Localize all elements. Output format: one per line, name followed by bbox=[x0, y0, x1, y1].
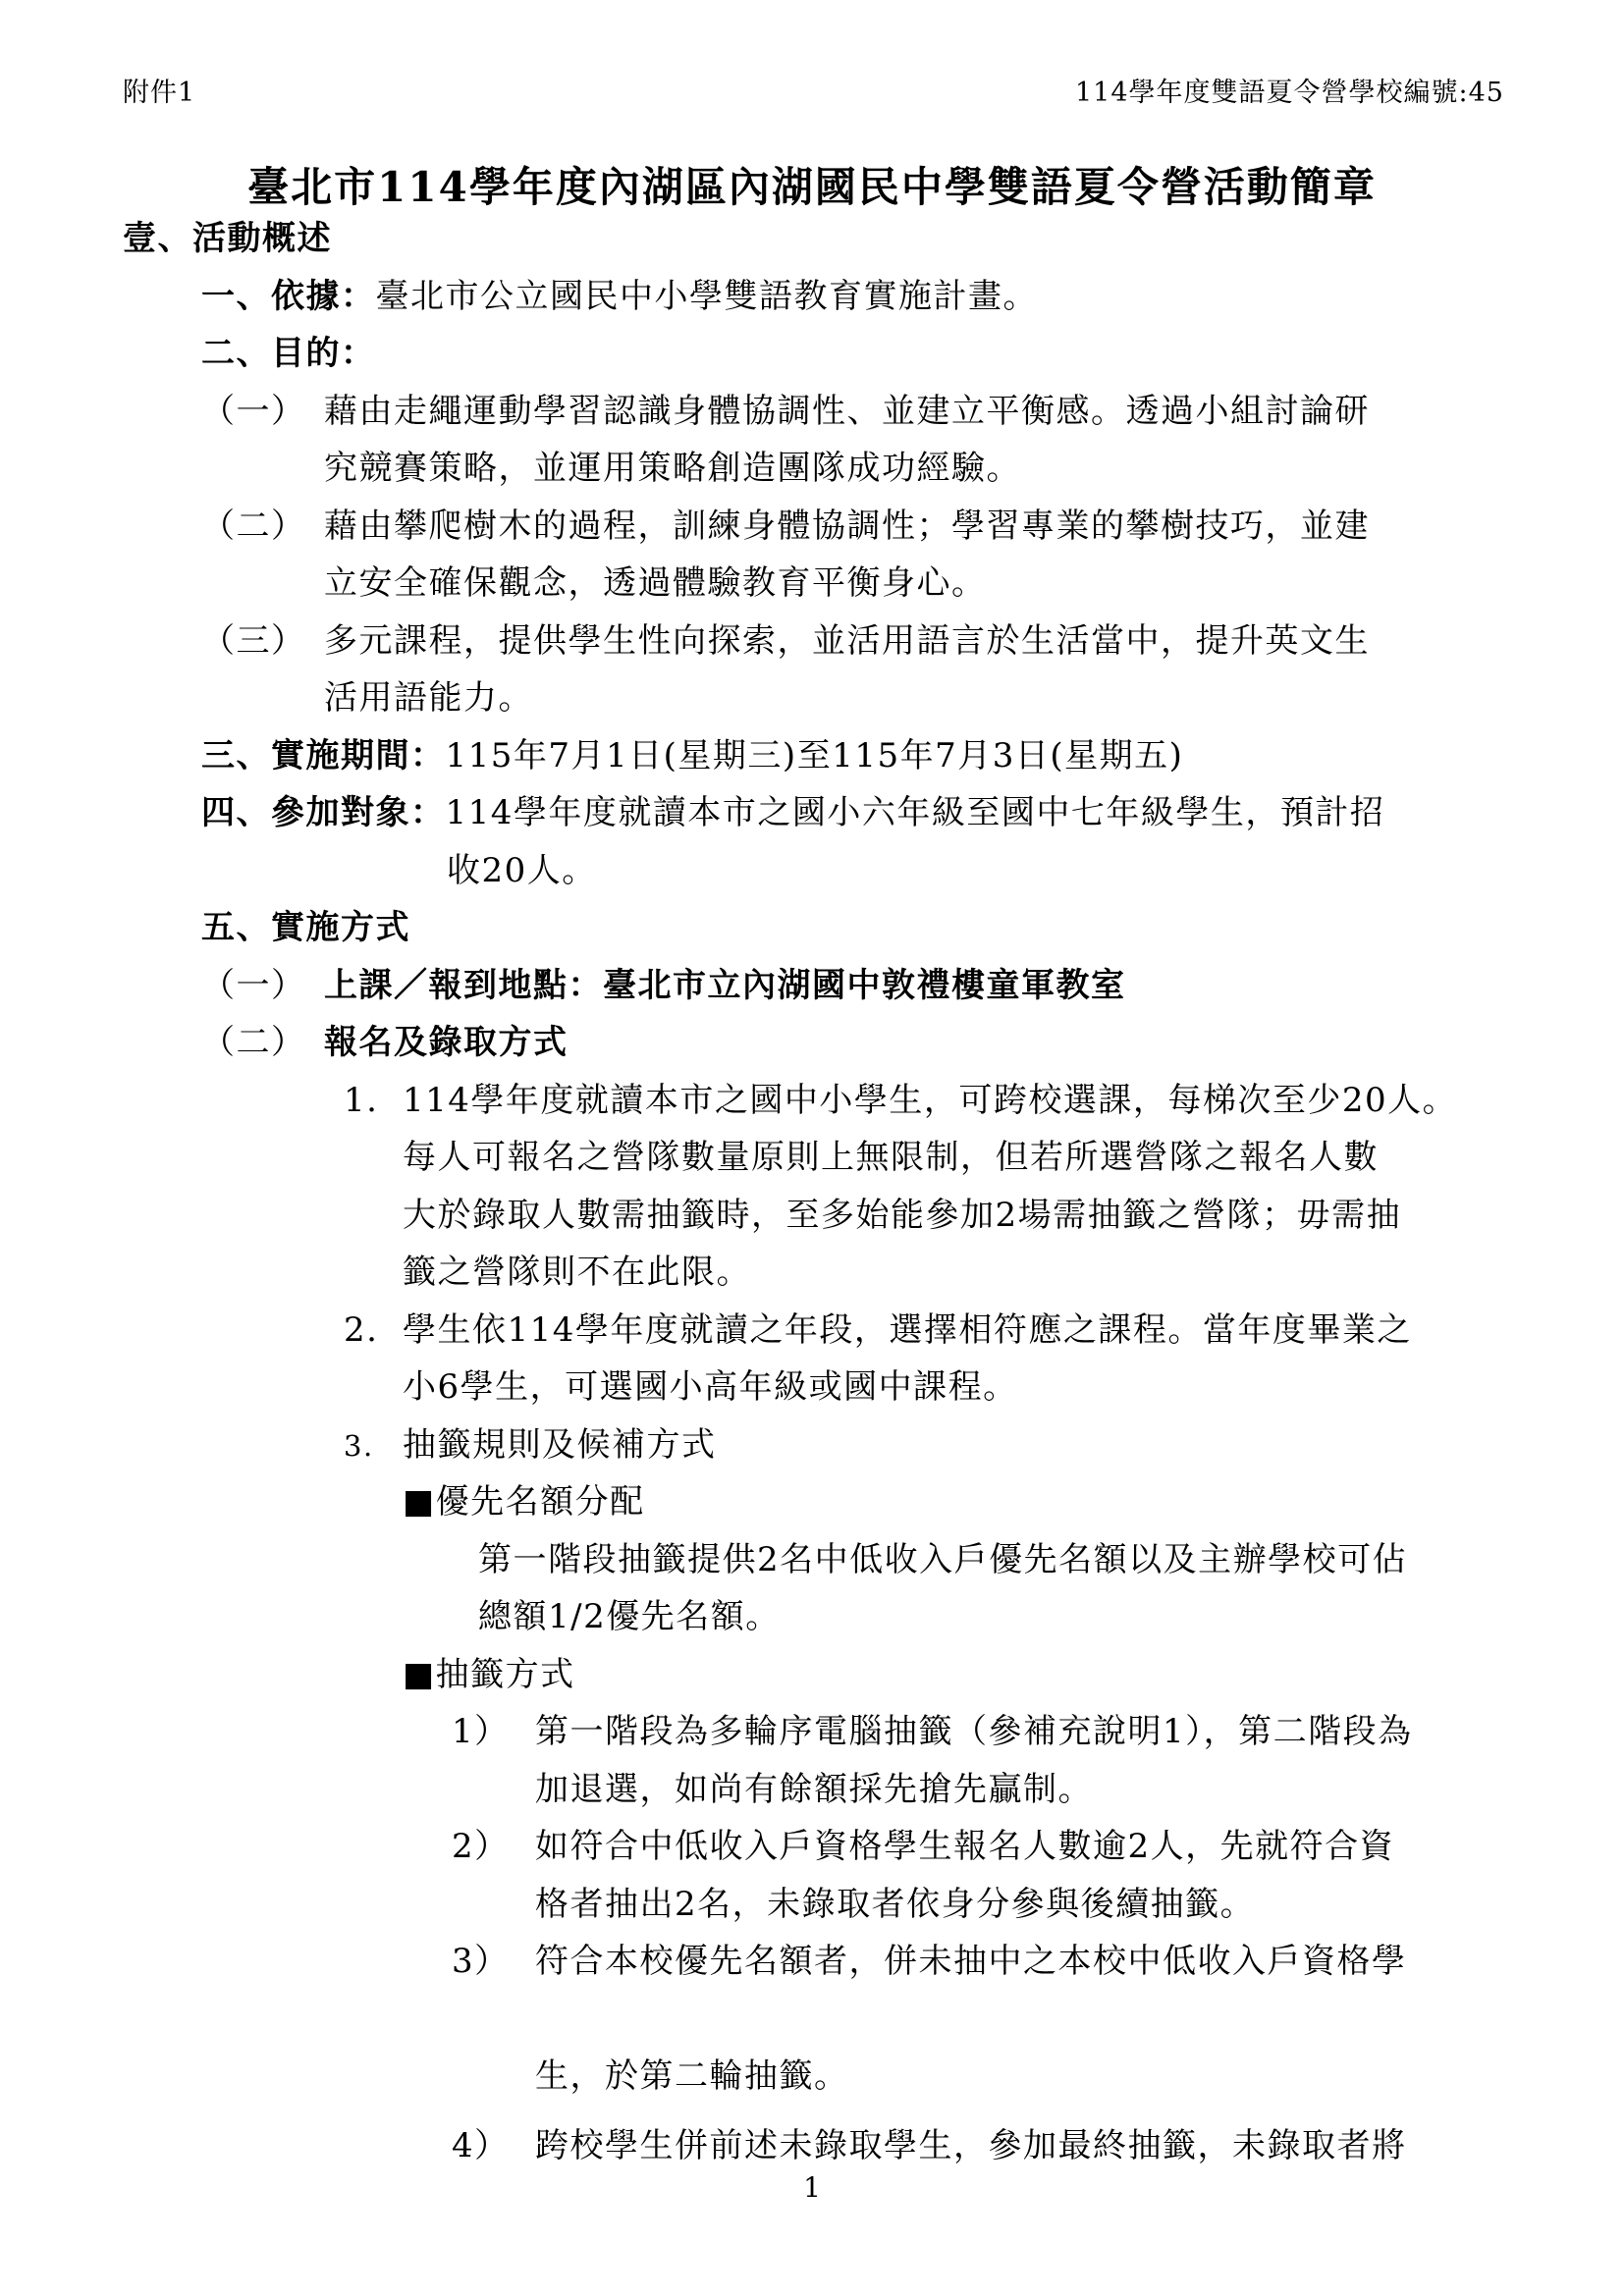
purpose-item-2-line-1: （二）藉由攀爬樹木的過程，訓練身體協調性；學習專業的攀樹技巧，並建 bbox=[201, 498, 1575, 556]
lottery-item-4-text: 跨校學生併前述未錄取學生，參加最終抽籤，未錄取者將 bbox=[535, 2126, 1407, 2165]
purpose-item-3-line-1: （三）多元課程，提供學生性向探索，並活用語言於生活當中，提升英文生 bbox=[201, 613, 1575, 670]
footer-page-number: 1 bbox=[0, 2171, 1624, 2204]
page-header: 附件1 114學年度雙語夏令營學校編號:45 bbox=[123, 71, 1504, 109]
numbered-item-1-line-2: 每人可報名之營隊數量原則上無限制，但若所選營隊之報名人數 bbox=[403, 1129, 1575, 1187]
purpose-item-3-marker: （三） bbox=[201, 613, 324, 670]
page-title: 臺北市114學年度內湖區內湖國民中學雙語夏令營活動簡章 bbox=[0, 155, 1624, 214]
bullet-lottery-method-heading: ■抽籤方式 bbox=[403, 1646, 1575, 1704]
target-text: 114學年度就讀本市之國小六年級至國中七年級學生，預計招 bbox=[446, 793, 1385, 832]
numbered-item-1-line-3: 大於錄取人數需抽籤時，至多始能參加2場需抽籤之營隊；毋需抽 bbox=[403, 1187, 1575, 1245]
line-target-2: 收20人。 bbox=[447, 842, 1575, 900]
method-item-1-marker: （一） bbox=[201, 957, 324, 1015]
basis-text: 臺北市公立國民中小學雙語教育實施計畫。 bbox=[376, 277, 1039, 316]
line-period: 三、實施期間：115年7月1日(星期三)至115年7月3日(星期五) bbox=[201, 727, 1575, 785]
method-item-1-text: 上課／報到地點：臺北市立內湖國中敦禮樓童軍教室 bbox=[324, 966, 1126, 1005]
lottery-item-2-marker: 2） bbox=[452, 1818, 535, 1876]
method-item-2-marker: （二） bbox=[201, 1014, 324, 1072]
purpose-item-1-text: 藉由走繩運動學習認識身體協調性、並建立平衡感。透過小組討論研 bbox=[324, 392, 1370, 431]
lottery-item-2-line-1: 2）如符合中低收入戶資格學生報名人數逾2人，先就符合資 bbox=[452, 1818, 1575, 1876]
numbered-item-1-line-4: 籤之營隊則不在此限。 bbox=[403, 1244, 1575, 1302]
numbered-item-3: 3.抽籤規則及候補方式 bbox=[344, 1416, 1575, 1474]
line-basis: 一、依據：臺北市公立國民中小學雙語教育實施計畫。 bbox=[201, 268, 1575, 326]
numbered-item-2-text: 學生依114學年度就讀之年段，選擇相符應之課程。當年度畢業之 bbox=[403, 1310, 1412, 1350]
numbered-item-2-marker: 2. bbox=[344, 1302, 403, 1360]
numbered-item-1-text: 114學年度就讀本市之國中小學生，可跨校選課，每梯次至少20人。 bbox=[403, 1081, 1457, 1120]
purpose-item-2-text: 藉由攀爬樹木的過程，訓練身體協調性；學習專業的攀樹技巧，並建 bbox=[324, 507, 1370, 546]
lottery-item-1-line-1: 1）第一階段為多輪序電腦抽籤（參補充說明1），第二階段為 bbox=[452, 1703, 1575, 1761]
lottery-item-1-text: 第一階段為多輪序電腦抽籤（參補充說明1），第二階段為 bbox=[535, 1712, 1413, 1751]
school-code-label: 114學年度雙語夏令營學校編號:45 bbox=[1075, 71, 1504, 109]
numbered-item-1-line-1: 1.114學年度就讀本市之國中小學生，可跨校選課，每梯次至少20人。 bbox=[344, 1072, 1575, 1130]
period-text: 115年7月1日(星期三)至115年7月3日(星期五) bbox=[446, 736, 1184, 775]
target-label: 四、參加對象： bbox=[201, 793, 446, 832]
purpose-item-3-line-2: 活用語能力。 bbox=[324, 669, 1575, 727]
lottery-item-3-marker: 3） bbox=[452, 1933, 535, 1991]
lottery-item-3-text: 符合本校優先名額者，併未抽中之本校中低收入戶資格學 bbox=[535, 1942, 1407, 1981]
numbered-item-1-marker: 1. bbox=[344, 1072, 403, 1130]
lottery-item-2-line-2: 格者抽出2名，未錄取者依身分參與後續抽籤。 bbox=[535, 1876, 1575, 1934]
section-overview-heading: 壹、活動概述 bbox=[123, 210, 1575, 268]
line-target-1: 四、參加對象：114學年度就讀本市之國小六年級至國中七年級學生，預計招 bbox=[201, 784, 1575, 842]
lottery-item-4-marker: 4） bbox=[452, 2117, 535, 2175]
purpose-item-1-line-1: （一）藉由走繩運動學習認識身體協調性、並建立平衡感。透過小組討論研 bbox=[201, 383, 1575, 441]
lottery-item-3-line-2: 生，於第二輪抽籤。 bbox=[535, 2048, 1575, 2106]
attachment-label: 附件1 bbox=[123, 71, 195, 109]
method-item-2: （二）報名及錄取方式 bbox=[201, 1014, 1575, 1072]
document-page: 附件1 114學年度雙語夏令營學校編號:45 臺北市114學年度內湖區內湖國民中… bbox=[0, 0, 1624, 2296]
purpose-item-1-marker: （一） bbox=[201, 383, 324, 441]
numbered-item-2-line-2: 小6學生，可選國小高年級或國中課程。 bbox=[403, 1359, 1575, 1416]
purpose-item-2-line-2: 立安全確保觀念，透過體驗教育平衡身心。 bbox=[324, 555, 1575, 613]
purpose-item-1-line-2: 究競賽策略，並運用策略創造團隊成功經驗。 bbox=[324, 440, 1575, 498]
purpose-heading: 二、目的： bbox=[201, 325, 1575, 383]
numbered-item-3-text: 抽籤規則及候補方式 bbox=[403, 1425, 717, 1465]
bullet-priority-quota-heading: ■優先名額分配 bbox=[403, 1473, 1575, 1531]
purpose-item-3-text: 多元課程，提供學生性向探索，並活用語言於生活當中，提升英文生 bbox=[324, 621, 1370, 661]
method-item-2-text: 報名及錄取方式 bbox=[324, 1023, 568, 1062]
lottery-item-1-marker: 1） bbox=[452, 1703, 535, 1761]
numbered-item-3-marker: 3. bbox=[344, 1417, 403, 1475]
method-item-1: （一）上課／報到地點：臺北市立內湖國中敦禮樓童軍教室 bbox=[201, 957, 1575, 1015]
lottery-item-4-line-1: 4）跨校學生併前述未錄取學生，參加最終抽籤，未錄取者將 bbox=[452, 2117, 1575, 2175]
lottery-item-1-line-2: 加退選，如尚有餘額採先搶先贏制。 bbox=[535, 1761, 1575, 1819]
basis-label: 一、依據： bbox=[201, 277, 376, 316]
lottery-item-3-line-1: 3）符合本校優先名額者，併未抽中之本校中低收入戶資格學 bbox=[452, 1933, 1575, 1991]
purpose-item-2-marker: （二） bbox=[201, 498, 324, 556]
priority-quota-line-1: 第一階段抽籤提供2名中低收入戶優先名額以及主辦學校可佔 bbox=[478, 1531, 1575, 1589]
period-label: 三、實施期間： bbox=[201, 736, 446, 775]
numbered-item-2-line-1: 2.學生依114學年度就讀之年段，選擇相符應之課程。當年度畢業之 bbox=[344, 1302, 1575, 1360]
lottery-item-2-text: 如符合中低收入戶資格學生報名人數逾2人，先就符合資 bbox=[535, 1827, 1394, 1866]
priority-quota-line-2: 總額1/2優先名額。 bbox=[478, 1588, 1575, 1646]
document-body: 壹、活動概述 一、依據：臺北市公立國民中小學雙語教育實施計畫。 二、目的： （一… bbox=[123, 210, 1575, 2174]
method-heading: 五、實施方式 bbox=[201, 899, 1575, 957]
